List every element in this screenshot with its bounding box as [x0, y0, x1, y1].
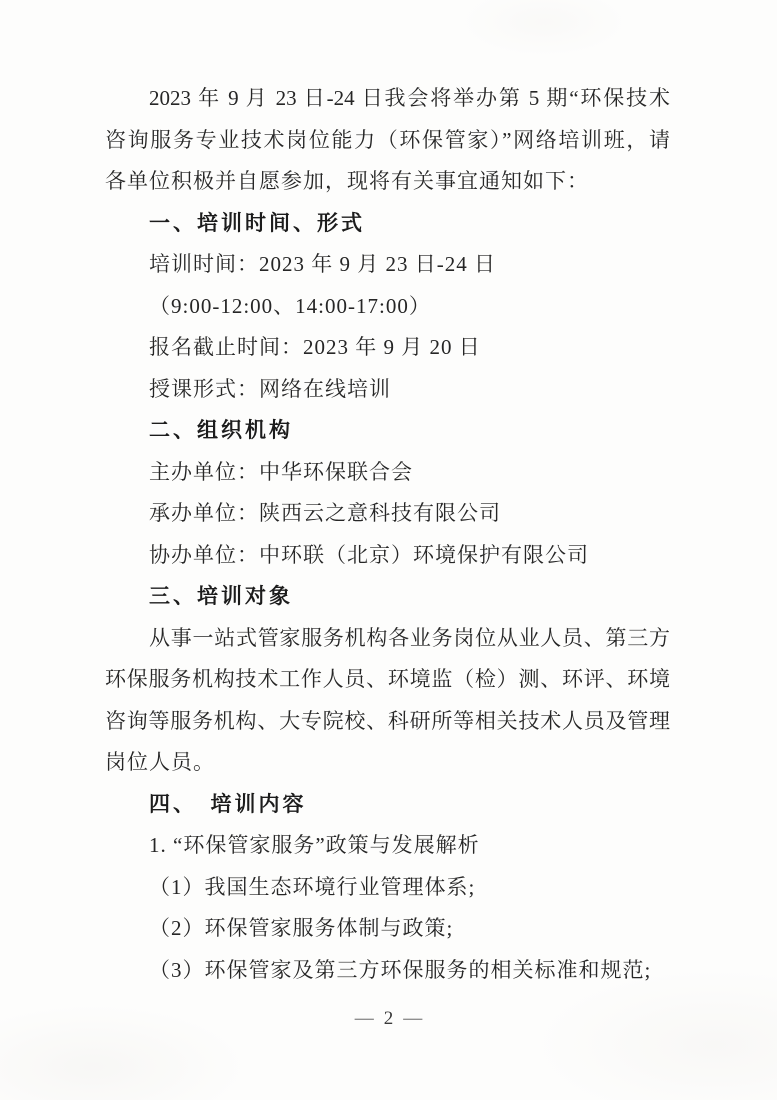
content-item-line: （1）我国生态环境行业管理体系; [105, 867, 670, 909]
content-item-line: （3）环保管家及第三方环保服务的相关标准和规范; [105, 950, 670, 992]
page-number: 2 [384, 1008, 394, 1029]
section-heading-3: 三、培训对象 [105, 576, 670, 618]
audience-paragraph-line: 岗位人员。 [105, 742, 670, 784]
audience-paragraph-line: 咨询等服务机构、大专院校、科研所等相关技术人员及管理 [105, 701, 670, 743]
audience-paragraph-line: 环保服务机构技术工作人员、环境监（检）测、环评、环境 [105, 659, 670, 701]
footer-left-dash: — [355, 1008, 374, 1029]
scanned-notice-page: 2023 年 9 月 23 日-24 日我会将举办第 5 期“环保技术 咨询服务… [0, 0, 777, 1100]
paragraph-intro-line: 咨询服务专业技术岗位能力（环保管家）”网络培训班，请 [105, 120, 670, 162]
registration-deadline-line: 报名截止时间：2023 年 9 月 20 日 [105, 327, 670, 369]
undertaking-organizer-line: 承办单位：陕西云之意科技有限公司 [105, 493, 670, 535]
audience-paragraph-line: 从事一站式管家服务机构各业务岗位从业人员、第三方 [105, 618, 670, 660]
co-organizer-line: 协办单位：中环联（北京）环境保护有限公司 [105, 535, 670, 577]
section-heading-4: 四、 培训内容 [105, 784, 670, 826]
teaching-format-line: 授课形式：网络在线培训 [105, 369, 670, 411]
content-topic-line: 1. “环保管家服务”政策与发展解析 [105, 825, 670, 867]
training-hours-line: （9:00-12:00、14:00-17:00） [105, 286, 670, 328]
page-footer: —2— [0, 1008, 777, 1030]
training-time-line: 培训时间：2023 年 9 月 23 日-24 日 [105, 244, 670, 286]
section-heading-1: 一、培训时间、形式 [105, 203, 670, 245]
paragraph-intro-line: 2023 年 9 月 23 日-24 日我会将举办第 5 期“环保技术 [105, 78, 670, 120]
section-heading-2: 二、组织机构 [105, 410, 670, 452]
document-body: 2023 年 9 月 23 日-24 日我会将举办第 5 期“环保技术 咨询服务… [105, 78, 670, 991]
footer-right-dash: — [403, 1008, 422, 1029]
paragraph-intro-line: 各单位积极并自愿参加，现将有关事宜通知如下： [105, 161, 670, 203]
content-item-line: （2）环保管家服务体制与政策; [105, 908, 670, 950]
host-organizer-line: 主办单位：中华环保联合会 [105, 452, 670, 494]
